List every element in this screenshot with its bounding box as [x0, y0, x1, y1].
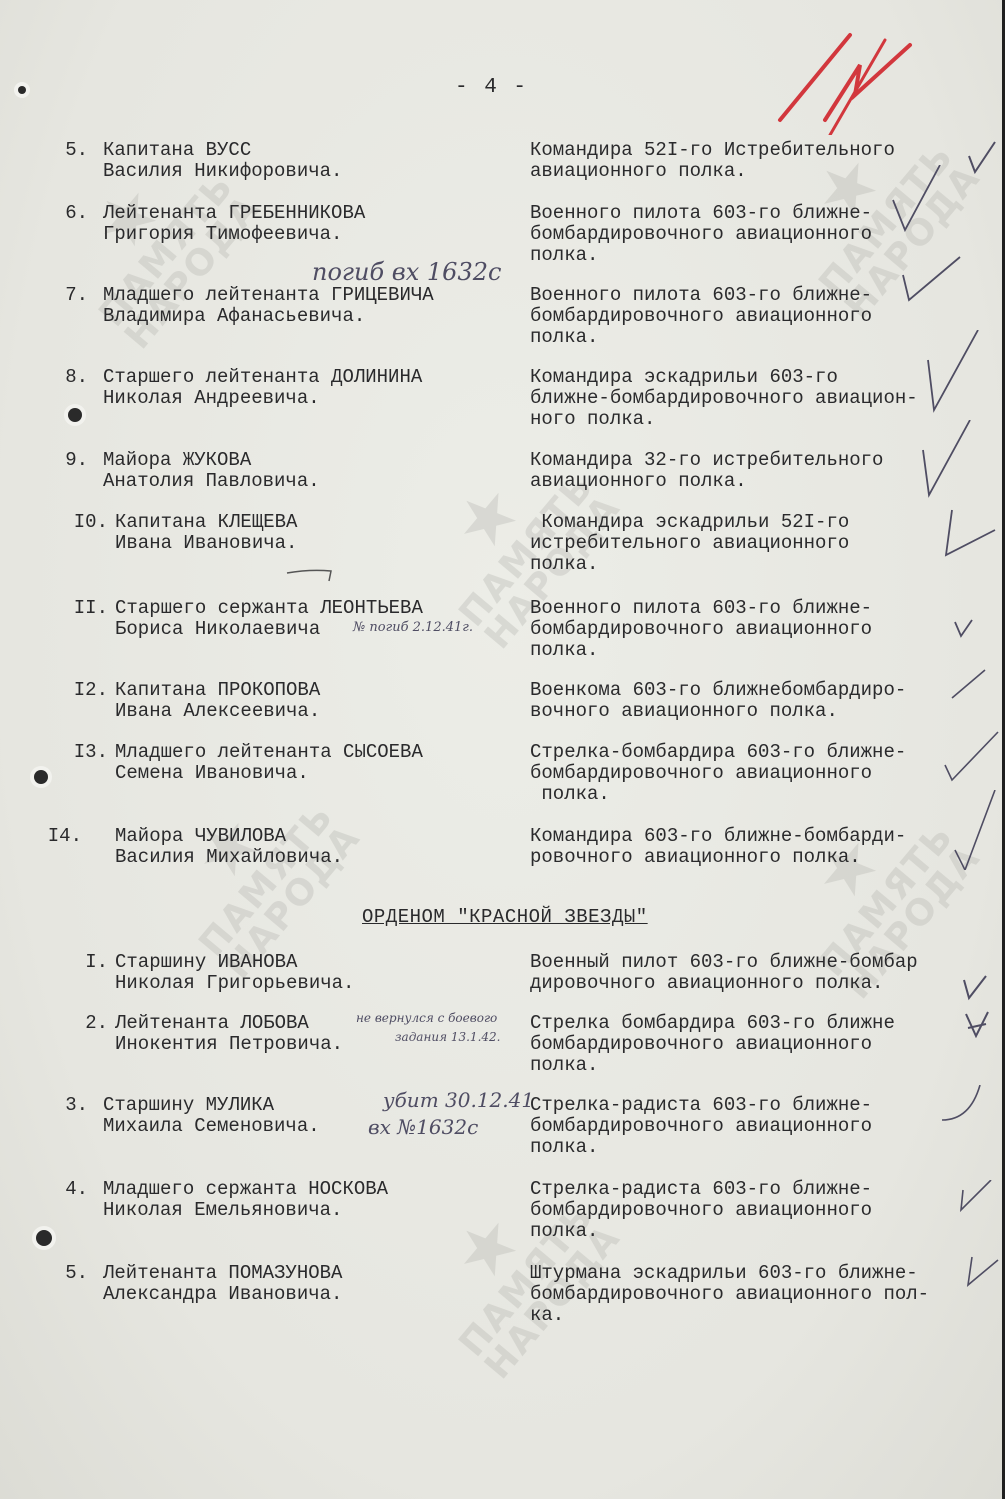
checkmark-icon: [940, 1085, 990, 1145]
entry-name: Капитана ПРОКОПОВА Ивана Алексеевича.: [115, 680, 320, 722]
entry-number: I2.: [40, 680, 108, 701]
entry-number: I.: [40, 952, 108, 973]
entry-description: Штурмана эскадрильи 603-го ближне- бомба…: [530, 1263, 929, 1326]
entry-description: Стрелка-радиста 603-го ближне- бомбардир…: [530, 1095, 872, 1158]
red-pencil-number-icon: [770, 25, 920, 135]
entry-description: Военный пилот 603-го ближне-бомбар диров…: [530, 952, 918, 994]
document-page: ★ПАМЯТЬНАРОДА ★ПАМЯТЬНАРОДА ★ПАМЯТЬНАРОД…: [0, 0, 1005, 1499]
checkmark-icon: [960, 1255, 1000, 1305]
punch-hole: [68, 408, 82, 422]
entry-name: Старшего лейтенанта ДОЛИНИНА Николая Анд…: [103, 367, 422, 409]
entry-name: Младшего лейтенанта СЫСОЕВА Семена Ивано…: [115, 742, 423, 784]
entry-description: Стрелка бомбардира 603-го ближне бомбард…: [530, 1013, 895, 1076]
page-number: - 4 -: [455, 76, 528, 99]
entry-number: 2.: [40, 1013, 108, 1034]
entry-description: Стрелка-радиста 603-го ближне- бомбардир…: [530, 1179, 872, 1242]
checkmark-icon: [962, 1010, 992, 1038]
checkmark-icon: [952, 618, 976, 640]
entry-description: Военного пилота 603-го ближне- бомбардир…: [530, 203, 872, 266]
entry-number: 5.: [30, 1263, 88, 1284]
entry-number: 8.: [30, 367, 88, 388]
checkmark-icon: [940, 730, 1000, 790]
entry-description: Военного пилота 603-го ближне- бомбардир…: [530, 285, 872, 348]
entry-number: II.: [40, 598, 108, 619]
entry-description: Командира 603-го ближне-бомбарди- ровочн…: [530, 826, 906, 868]
entry-description: Стрелка-бомбардира 603-го ближне- бомбар…: [530, 742, 906, 805]
entry-name: Майора ЖУКОВА Анатолия Павловича.: [103, 450, 320, 492]
checkmark-icon: [955, 1180, 995, 1220]
checkmark-icon: [915, 420, 975, 500]
entry-number: 9.: [30, 450, 88, 471]
entry-name: Лейтенанта ГРЕБЕННИКОВА Григория Тимофее…: [103, 203, 365, 245]
handwritten-note: погиб вх 1632с: [312, 258, 501, 286]
entry-number: 7.: [30, 285, 88, 306]
checkmark-icon: [965, 140, 1005, 180]
entry-number: 3.: [30, 1095, 88, 1116]
checkmark-icon: [940, 505, 1000, 565]
entry-name: Младшего сержанта НОСКОВА Николая Емелья…: [103, 1179, 388, 1221]
entry-description: Командира эскадрильи 52I-го истребительн…: [530, 512, 849, 575]
checkmark-icon: [885, 165, 945, 235]
checkmark-icon: [920, 330, 980, 420]
entry-name: Капитана ВУСС Василия Никифоровича.: [103, 140, 342, 182]
entry-description: Командира 32-го истребительного авиацион…: [530, 450, 883, 492]
handwritten-note: № погиб 2.12.41г.: [353, 620, 473, 635]
section-title-red-star-order: ОРДЕНОМ "КРАСНОЙ ЗВЕЗДЫ": [362, 906, 648, 928]
handwritten-note: вх №1632с: [368, 1115, 478, 1139]
checkmark-icon: [950, 790, 1000, 870]
checkmark-icon: [960, 972, 990, 1002]
entry-number: I4.: [30, 826, 82, 847]
pencil-dash-mark: [285, 565, 335, 585]
handwritten-note: убит 30.12.41: [383, 1088, 534, 1112]
entry-number: 6.: [30, 203, 88, 224]
entry-name: Лейтенанта ЛОБОВА Инокентия Петровича.: [115, 1013, 343, 1055]
handwritten-note: не вернулся с боевого: [356, 1011, 497, 1025]
entry-name: Младшего лейтенанта ГРИЦЕВИЧА Владимира …: [103, 285, 434, 327]
entry-number: 4.: [30, 1179, 88, 1200]
punch-hole: [34, 770, 48, 784]
entry-name: Старшину МУЛИКА Михаила Семеновича.: [103, 1095, 320, 1137]
entry-name: Старшину ИВАНОВА Николая Григорьевича.: [115, 952, 354, 994]
checkmark-icon: [950, 668, 990, 718]
entry-number: I0.: [40, 512, 108, 533]
punch-hole: [18, 86, 26, 94]
checkmark-icon: [895, 255, 965, 315]
entry-number: I3.: [40, 742, 108, 763]
entry-name: Майора ЧУВИЛОВА Василия Михайловича.: [115, 826, 343, 868]
entry-name: Капитана КЛЕЩЕВА Ивана Ивановича.: [115, 512, 297, 554]
handwritten-note: задания 13.1.42.: [395, 1030, 500, 1044]
entry-description: Командира 52I-го Истребительного авиацио…: [530, 140, 895, 182]
punch-hole: [36, 1230, 52, 1246]
entry-number: 5.: [30, 140, 88, 161]
entry-description: Военного пилота 603-го ближне- бомбардир…: [530, 598, 872, 661]
entry-description: Командира эскадрильи 603-го ближне-бомба…: [530, 367, 918, 430]
entry-description: Военкома 603-го ближнебомбардиро- вочног…: [530, 680, 906, 722]
entry-name: Лейтенанта ПОМАЗУНОВА Александра Иванови…: [103, 1263, 342, 1305]
